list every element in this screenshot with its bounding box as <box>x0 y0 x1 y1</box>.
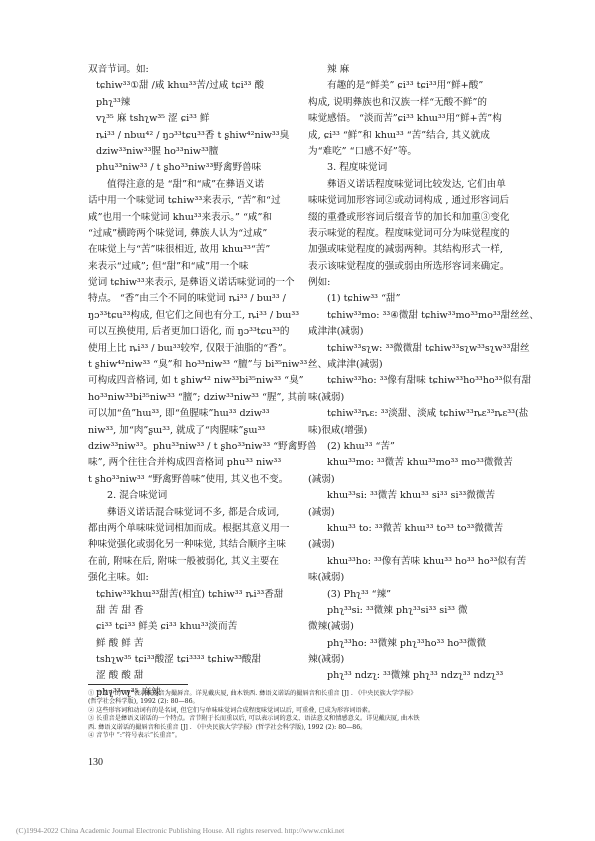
example-line: ɕi³³ tɕi³³ 鲜美 ɕi³³ khɯ³³淡而苦 <box>88 619 302 635</box>
footnote-3-cont: 西. 彝语义诺话的撮唇音和长重音 [J] . 《中央民族大学学报》(哲学社会科学… <box>88 724 528 732</box>
footnote-4: ④ 音节中 “:”符号表示“长重音”。 <box>88 732 528 740</box>
footnote-divider <box>88 684 188 685</box>
paragraph-line: 可构成四音格词, 如 t ʂhiw⁴² niw³³bi³⁵niw³³ “臭” <box>88 373 302 389</box>
paragraph-line: 咸”也用一个味觉词 khɯ³³来表示。” “咸”和 <box>88 210 302 226</box>
example-gloss: 涩 酸 酸 甜 <box>88 668 302 684</box>
example-line: khɯ³³si: ³³微苦 khɯ³³ si³³ si³³微微苦 <box>308 488 522 504</box>
paragraph-line: 觉词 tɕhiw³³来表示, 是彝语义诺话味觉词的一个 <box>88 275 302 291</box>
example-line: (减弱) <box>308 472 522 488</box>
paragraph-line: “过咸”横跨两个味觉词, 彝族人认为“过咸” <box>88 226 302 242</box>
example-line: vʅ³⁵ 麻 tshʅw³⁵ 涩 ɕi³³ 鲜 <box>88 111 302 127</box>
copyright-notice: (C)1994-2022 China Academic Journal Elec… <box>16 826 344 835</box>
paragraph-line: 加强或味觉程度的减弱两种。其结构形式一样, <box>308 242 522 258</box>
subsection-heading: (3) Phʅ³³ “辣” <box>308 587 522 603</box>
paragraph-line: 在味觉上与“苦”味很相近, 故用 khɯ³³“苦” <box>88 242 302 258</box>
paragraph-line: niw³³, 加“肉”ʂɯ³³, 就成了“肉腥味”ʂɯ³³ <box>88 423 302 439</box>
paragraph-line: dziw³³niw³³。phu³³niw³³ / t ʂho³³niw³³ “野… <box>88 439 302 455</box>
example-line: tɕhiw³³mo: ³³④微甜 tɕhiw³³mo³³mo³³甜丝丝、 <box>308 308 522 324</box>
example-line: 味)很咸(增强) <box>308 423 522 439</box>
paragraph-line: 在前, 附味在后, 附味一般被弱化, 其义主要在 <box>88 554 302 570</box>
example-line: ȵi³³ / nbɯ⁴² / ŋɔ³³tɕu³³香 t ʂhiw⁴²niw³³臭 <box>88 128 302 144</box>
example-gloss: 辣 麻 <box>308 62 522 78</box>
example-line: tshʅw³⁵ tɕi³³酸涩 tɕi³³³³ tɕhiw³³酸甜 <box>88 652 302 668</box>
footnote-2: ② 这些形容词和动词有的是名词, 但它们与单味味觉词合成程度味觉词以后, 可重叠… <box>88 707 528 715</box>
example-line: 辣(减弱) <box>308 652 522 668</box>
example-gloss: 甜 苦 甜 香 <box>88 603 302 619</box>
left-column: 双音节词。如: tɕhiw³³①甜 /咸 khɯ³³苦/过咸 tɕi³³ 酸 p… <box>88 62 302 701</box>
example-line: dziw³³niw³³腥 ho³³niw³³膻 <box>88 144 302 160</box>
footnote-3: ③ 长重音是彝语义诺话的一个特点。音节附于长而重以后, 可以表示词的意义、语法意… <box>88 715 528 723</box>
paragraph-line: 种味觉强化或弱化另一种味觉, 其结合顺序主味 <box>88 537 302 553</box>
paragraph-line: 特点。 “香”由三个不同的味觉词 ȵi³³ / bɯ³³ / <box>88 291 302 307</box>
example-line: tɕhiw³³khɯ³³甜苦(相宜) tɕhiw³³ ȵi³³香甜 <box>88 587 302 603</box>
paragraph-line: 表示该味觉程度的强或弱由所选形容词来确定。 <box>308 259 522 275</box>
paragraph-line: 都由两个单味味觉词相加而成。根据其意义用一 <box>88 521 302 537</box>
paragraph-line: 成, ɕi³³ “鲜”和 khɯ³³ “苦”结合, 其义就成 <box>308 128 522 144</box>
paragraph-line: 可以互换使用, 后者更加口语化, 而 ŋɔ³³tɕu³³的 <box>88 324 302 340</box>
example-line: 味(减弱) <box>308 570 522 586</box>
example-line: khɯ³³mo: ³³微苦 khɯ³³mo³³ mo³³微微苦 <box>308 455 522 471</box>
paragraph-line: 彝语义诺话混合味觉词不多, 都是合成词, <box>88 505 302 521</box>
example-line: (减弱) <box>308 537 522 553</box>
paragraph-line: t ʂho³³niw³³ “野禽野兽味”使用, 其义也不变。 <box>88 472 302 488</box>
subsection-heading: (2) khɯ³³ “苦” <box>308 439 522 455</box>
example-line: 味(减弱) <box>308 390 522 406</box>
right-column: 辣 麻 有趣的是“鲜美” ɕi³³ tɕi³³用“鲜+酸” 构成, 说明彝族也和… <box>308 62 522 685</box>
example-line: tɕhiw³³ȵɛ: ³³淡甜、淡咸 tɕhiw³³ȵɛ³³ȵɛ³³(盐 <box>308 406 522 422</box>
example-line: khɯ³³ho: ³³像有苦味 khɯ³³ ho³³ ho³³似有苦 <box>308 554 522 570</box>
paragraph-line: t ʂhiw⁴²niw³³ “臭”和 ho³³niw³³ “膻”与 bi³⁵ni… <box>88 357 302 373</box>
example-line: tɕhiw³³sʅw: ³³微微甜 tɕhiw³³sʅw³³sʅw³³甜丝 <box>308 341 522 357</box>
example-line: 丝、咸津津(减弱) <box>308 357 522 373</box>
paragraph-line: 值得注意的是 “甜”和“咸”在彝语义诺 <box>88 177 302 193</box>
example-line: 微辣(减弱) <box>308 619 522 635</box>
paragraph-line: 味”, 两个往往合并构成四音格词 phu³³ niw³³ <box>88 455 302 471</box>
text-line: 双音节词。如: <box>88 62 302 78</box>
paragraph-line: 味味觉词加形容词②或动词构成 , 通过形容词后 <box>308 193 522 209</box>
paragraph-line: 有趣的是“鲜美” ɕi³³ tɕi³³用“鲜+酸” <box>308 78 522 94</box>
page-number: 130 <box>88 757 103 768</box>
example-line: tɕhiw³³ho: ³³像有甜味 tɕhiw³³ho³³ho³³似有甜 <box>308 373 522 389</box>
example-line: 咸津津(减弱) <box>308 324 522 340</box>
footnote-1-cont: (哲学社会科学版), 1992 (2): 80—86。 <box>88 698 528 706</box>
paragraph-line: 可以加“鱼”hɯ³³, 即“鱼腥味”hɯ³³ dziw³³ <box>88 406 302 422</box>
example-line: phʅ³³ ndzʅ: ³³微辣 phʅ³³ ndzʅ³³ ndzʅ³³ <box>308 668 522 684</box>
paragraph-line: 表示味觉的程度。程度味觉词可分为味觉程度的 <box>308 226 522 242</box>
example-line: (减弱) <box>308 505 522 521</box>
subsection-heading: (1) tɕhiw³³ “甜” <box>308 291 522 307</box>
example-line: phʅ³³ho: ³³微辣 phʅ³³ho³³ ho³³微微 <box>308 636 522 652</box>
example-line: tɕhiw³³①甜 /咸 khɯ³³苦/过咸 tɕi³³ 酸 <box>88 78 302 94</box>
paragraph-line: 例如: <box>308 275 522 291</box>
paragraph-line: 话中用一个味觉词 tɕhiw³³来表示, “苦”和“过 <box>88 193 302 209</box>
paragraph-line: 使用上比 ȵi³³ / bɯ³³较窄, 仅限于油脂的“香”。 <box>88 341 302 357</box>
example-line: phʅ³³si: ³³微辣 phʅ³³si³³ si³³ 微 <box>308 603 522 619</box>
example-gloss: 鲜 酸 鲜 苦 <box>88 636 302 652</box>
footnotes: ① 音节中的“W”表示该元音为撮唇音。详见戴庆厦, 曲木铁西. 彝语义诺话的撮唇… <box>88 690 528 740</box>
paragraph-line: 来表示“过咸”; 但“甜”和“咸”用一个味 <box>88 259 302 275</box>
paragraph-line: 味觉感悟。 “淡而苦”ɕi³³ khɯ³³用“鲜+苦”构 <box>308 111 522 127</box>
example-line: phu³³niw³³ / t ʂho³³niw³³野禽野兽味 <box>88 160 302 176</box>
paragraph-line: 缀的重叠或形容词后缀音节的加长和加重③变化 <box>308 210 522 226</box>
paragraph-line: 强化主味。如: <box>88 570 302 586</box>
example-line: khɯ³³ to: ³³微苦 khɯ³³ to³³ to³³微微苦 <box>308 521 522 537</box>
paragraph-line: 构成, 说明彝族也和汉族一样“无酸不鲜”的 <box>308 95 522 111</box>
section-heading: 3. 程度味觉词 <box>308 160 522 176</box>
example-line: phʅ³³辣 <box>88 95 302 111</box>
paragraph-line: ho³³niw³³bi³⁵niw³³ “膻”; dziw³³niw³³ “腥”,… <box>88 390 302 406</box>
paragraph-line: 彝语义诺话程度味觉词比较发达, 它们由单 <box>308 177 522 193</box>
paragraph-line: ŋɔ³³tɕu³³构成, 但它们之间也有分工, ȵi³³ / bɯ³³ <box>88 308 302 324</box>
paragraph-line: 为“难吃” “口感不好”等。 <box>308 144 522 160</box>
section-heading: 2. 混合味觉词 <box>88 488 302 504</box>
